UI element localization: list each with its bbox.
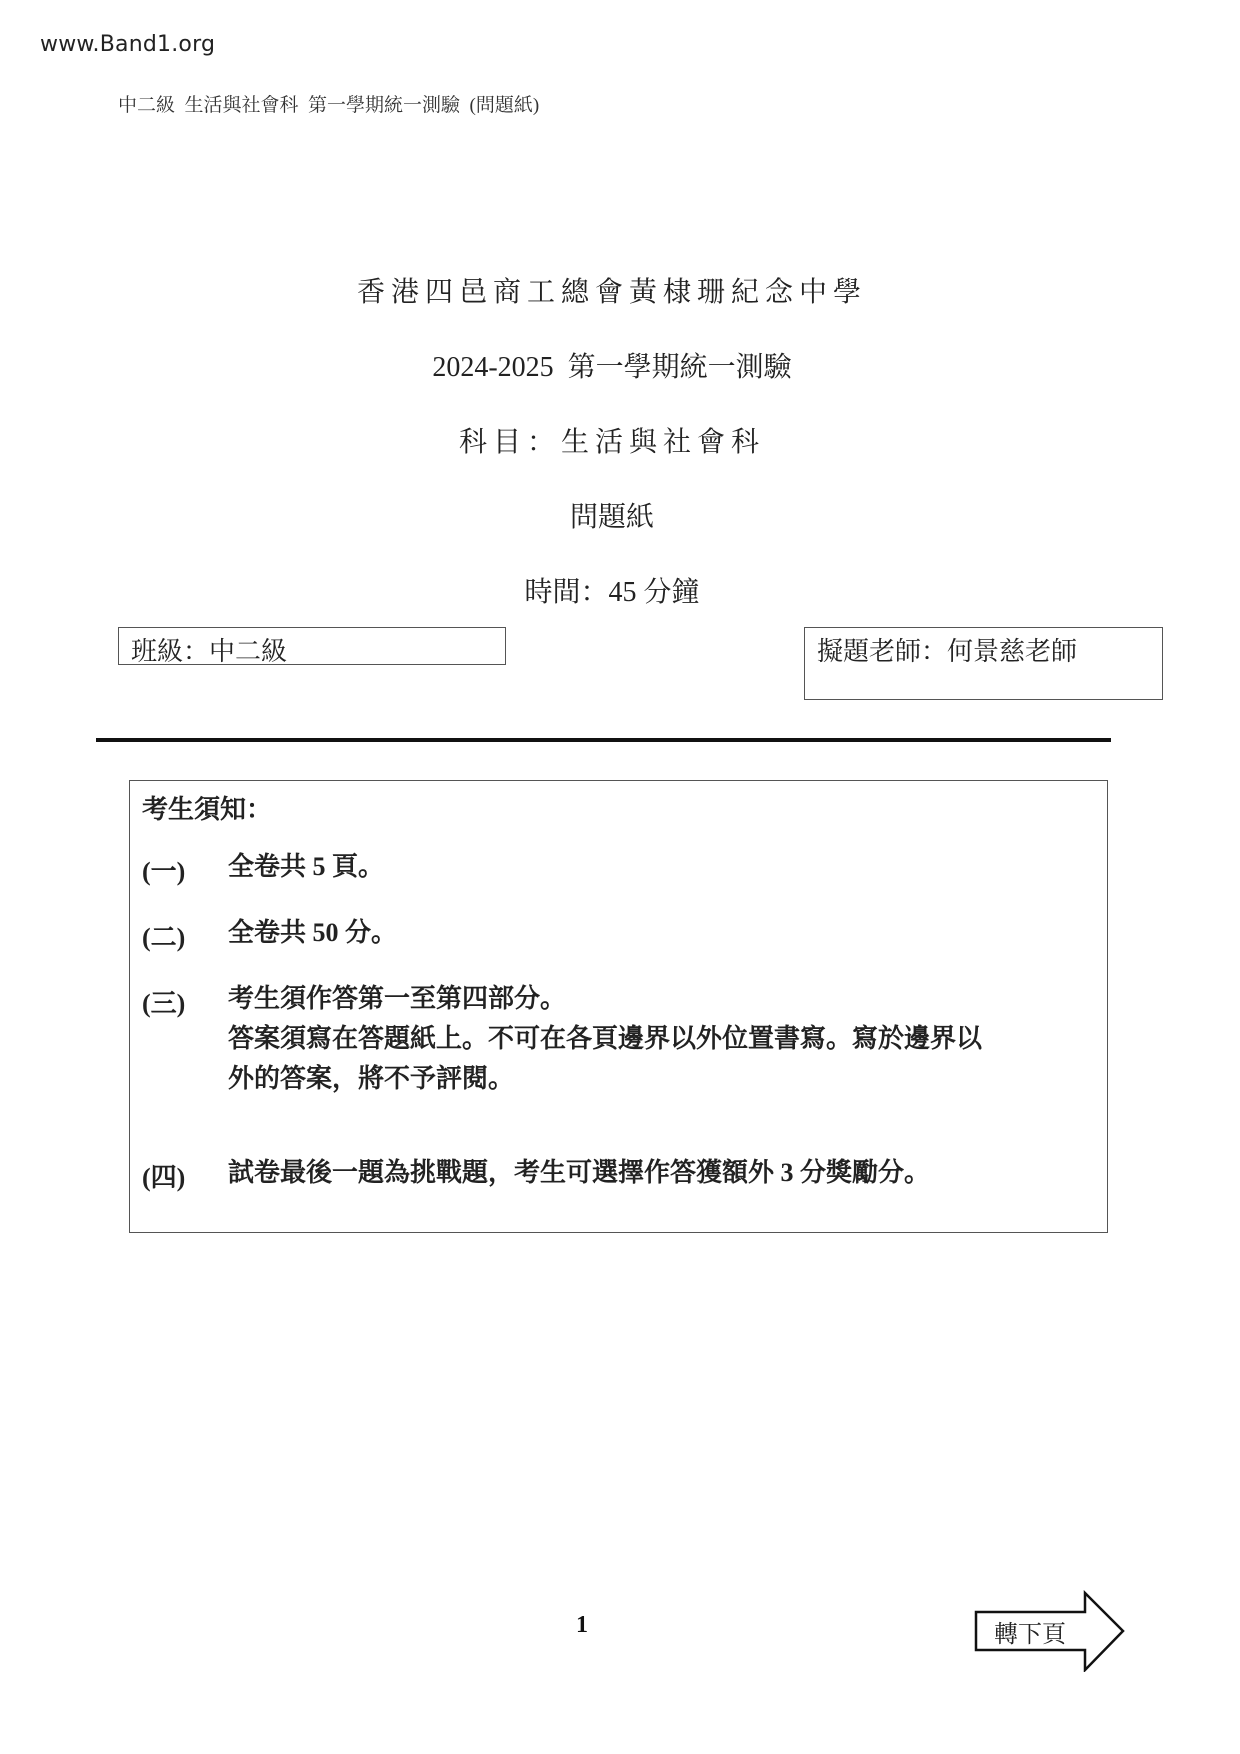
teacher-box: 擬題老師：何景慈老師 — [804, 627, 1163, 700]
paper-type: 問題紙 — [0, 495, 1224, 535]
page-number: 1 — [576, 1612, 588, 1639]
instruction-label: (一) — [142, 851, 185, 888]
running-header: 中二級 生活與社會科 第一學期統一測驗 (問題紙) — [118, 90, 539, 117]
class-box: 班級：中二級 — [118, 627, 506, 665]
exam-duration: 時間：45 分鐘 — [0, 570, 1224, 610]
turn-page-label: 轉下頁 — [994, 1614, 1066, 1649]
instruction-item-continued: 外的答案，將不予評閱。 — [228, 1059, 514, 1099]
horizontal-divider — [96, 738, 1111, 742]
exam-title: 2024-2025 第一學期統一測驗 — [0, 345, 1224, 385]
instruction-label: (四) — [142, 1157, 185, 1194]
instruction-item: 考生須作答第一至第四部分。 — [228, 979, 566, 1019]
instruction-item: 試卷最後一題為挑戰題，考生可選擇作答獲額外 3 分獎勵分。 — [228, 1153, 930, 1193]
instruction-item-continued: 答案須寫在答題紙上。不可在各頁邊界以外位置書寫。寫於邊界以 — [228, 1019, 982, 1059]
school-name: 香港四邑商工總會黃棣珊紀念中學 — [0, 270, 1224, 310]
instructions-heading: 考生須知： — [142, 789, 272, 826]
instruction-label: (三) — [142, 983, 185, 1020]
class-label: 班級：中二級 — [131, 631, 287, 668]
teacher-label: 擬題老師：何景慈老師 — [817, 631, 1077, 668]
instruction-item: 全卷共 50 分。 — [228, 913, 397, 953]
instructions-box: 考生須知： (一) 全卷共 5 頁。 (二) 全卷共 50 分。 (三) 考生須… — [129, 780, 1108, 1233]
instruction-label: (二) — [142, 917, 185, 954]
subject-title: 科目：生活與社會科 — [0, 420, 1224, 460]
instruction-item: 全卷共 5 頁。 — [228, 847, 384, 887]
watermark: www.Band1.org — [40, 32, 215, 57]
